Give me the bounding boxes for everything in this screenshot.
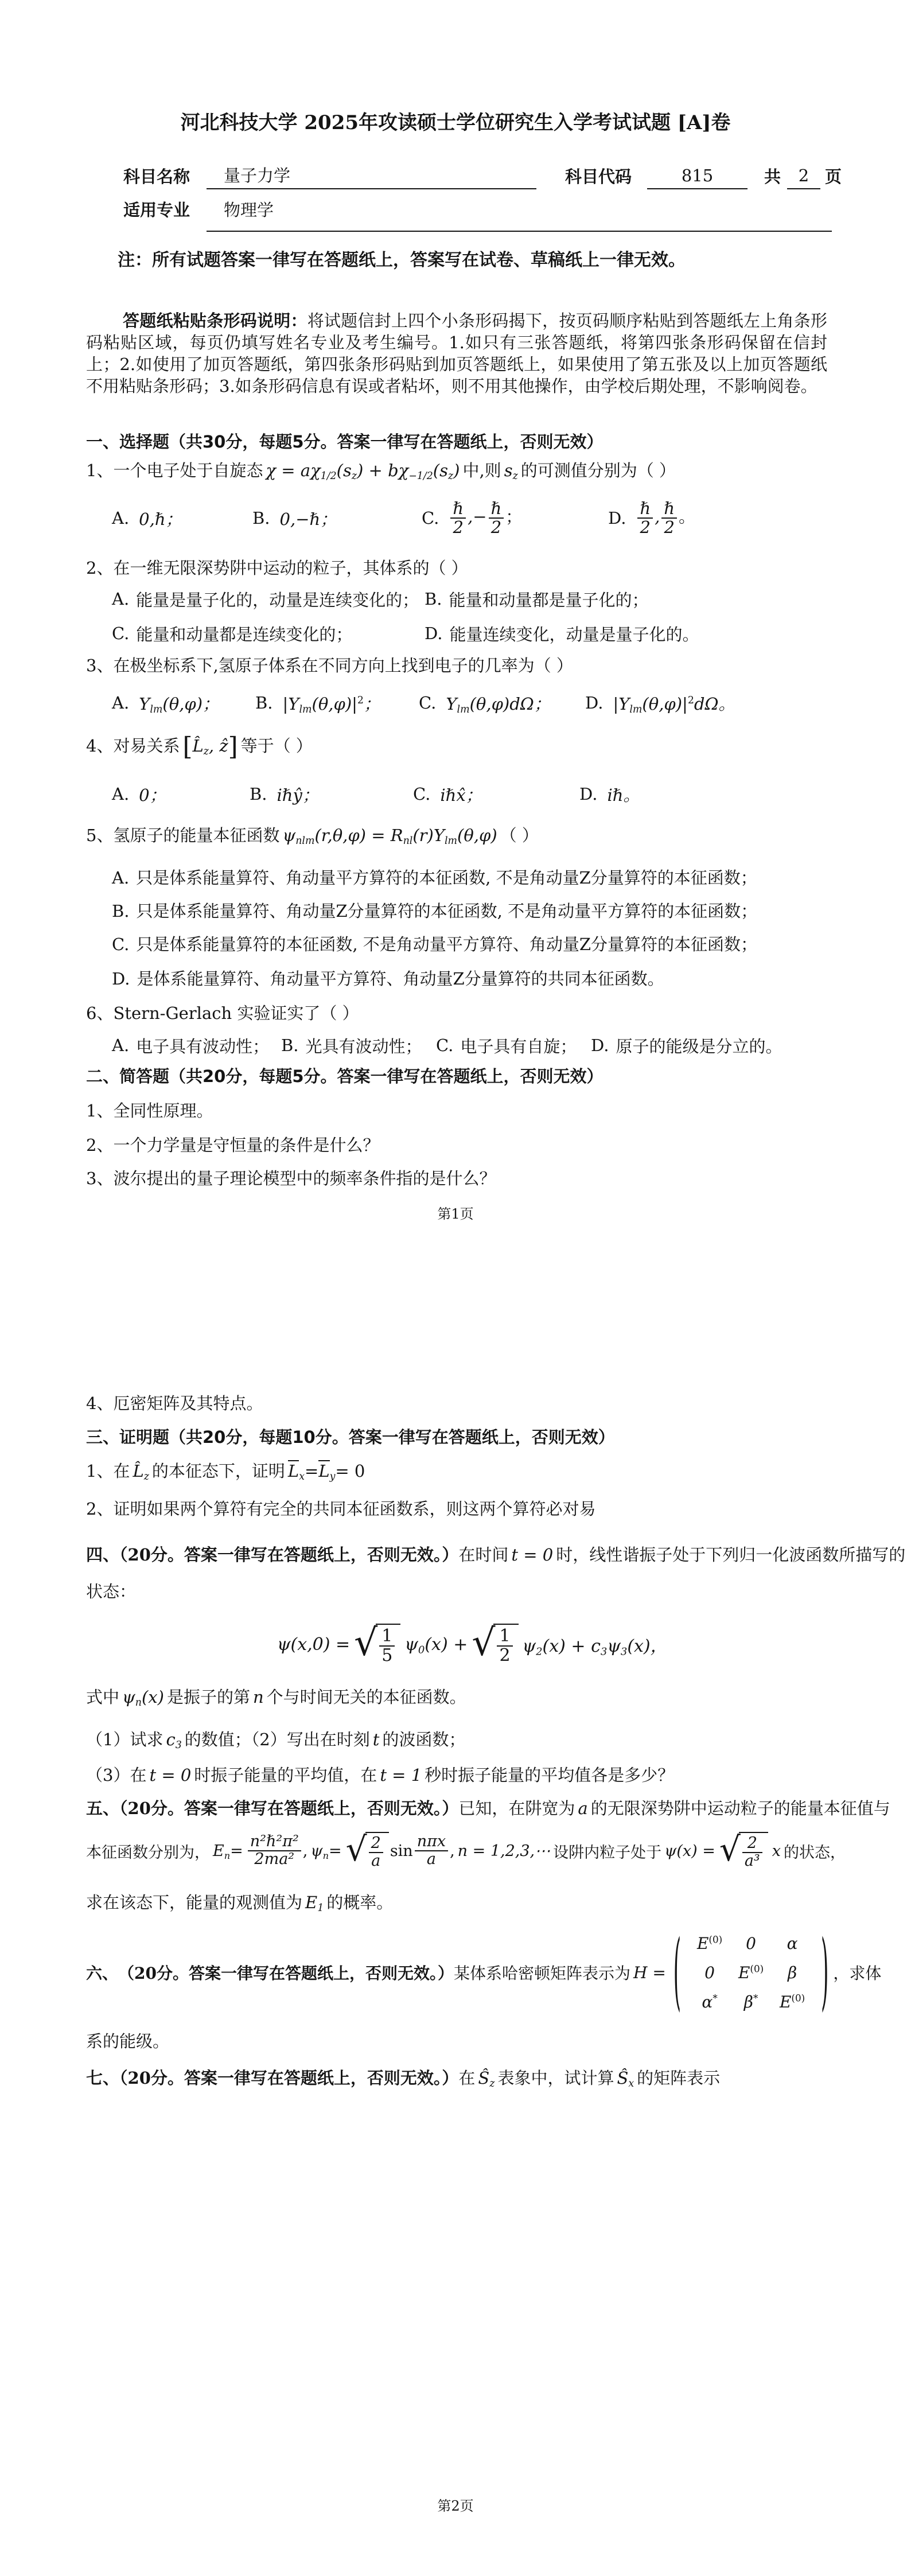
section2-item-4: 4、厄密矩阵及其特点。 [86, 1393, 263, 1414]
q4-lz-sub: z [204, 746, 209, 757]
q1-option-a-label: A. [112, 508, 129, 528]
s5-psin-symbol: ψn= [310, 1842, 341, 1860]
q1-option-c-value: ℏ2,−ℏ2； [449, 500, 522, 536]
s6-cell-11: E(0) [689, 1934, 730, 1953]
s5-t5: 的状态， [784, 1840, 846, 1862]
question-2-options-cd: C.能量和动量都是连续变化的； D.能量连续变化，动量是量子化的。 [0, 621, 911, 646]
section4-subq-3: （3）在t = 0时振子能量的平均值，在t = 1秒时振子能量的平均值各是多少？ [86, 1765, 674, 1786]
q4-option-c-label: C. [413, 784, 430, 804]
s6-points: （20分。 [118, 1961, 189, 1984]
q1-mid-text: 中,则 [462, 461, 501, 480]
s3p1-lx-sub: x [299, 1471, 305, 1482]
s4f-frac-2: 12 [497, 1627, 512, 1665]
s3p1-lx-base: L [288, 1461, 299, 1481]
section5-formula-line: 本征函数分别为， En= n²ℏ²π²2ma² , ψn= √2a sin nπ… [86, 1824, 846, 1877]
section4-intro: 四、（20分。答案一律写在答题纸上，否则无效。）在时间t = 0时，线性谐振子处… [86, 1544, 905, 1566]
s3p1-eq: = [305, 1461, 318, 1481]
section2-item-1: 1、全同性原理。 [86, 1100, 213, 1122]
q3-b-sup: 2 [357, 695, 364, 706]
q6-option-c-label: C. [436, 1036, 453, 1055]
q3-a-sub: lm [150, 704, 162, 715]
s4q1-t-var: t [373, 1730, 380, 1749]
s4f-sqrt-2: √12 [472, 1624, 518, 1665]
q1-sz-base: s [504, 461, 513, 480]
s6-c11-base: E [697, 1934, 708, 1953]
q2-option-b-value: 能量和动量都是量子化的； [449, 587, 649, 611]
s5-psin-base: ψ [310, 1842, 322, 1860]
q2-option-a-value: 能量是量子化的，动量是连续变化的； [136, 587, 419, 611]
s6-c22-base: E [738, 1963, 750, 1982]
q1-f-2: (s [337, 461, 352, 480]
s6-matrix-right-paren: ) [821, 1931, 828, 2014]
q3-d-4: dΩ。 [694, 694, 735, 714]
s5-n-sequence: n = 1,2,3,⋯ [458, 1842, 550, 1860]
q1-d-f2-den: 2 [661, 517, 677, 536]
s5-warning: 答案一律写在答题纸上，否则无效。） [184, 1799, 459, 1818]
s5-sqrt-2: √2a³ [719, 1832, 768, 1869]
q1-option-b: B.0,−ℏ； [252, 492, 340, 544]
s3p1-t2: 的本征态下，证明 [152, 1461, 285, 1481]
q1-option-c-label: C. [422, 508, 439, 528]
q1-c-f2-num: ℏ [489, 500, 504, 517]
q1-c-fraction-2: ℏ2 [489, 500, 504, 536]
s4f-psi2-sub: 2 [536, 1645, 542, 1657]
q1-pre-text: 一个电子处于自旋态 [113, 461, 263, 480]
q5-pre-text: 氢原子的能量本征函数 [113, 826, 279, 845]
q1-f-sub1: 1/2 [321, 470, 337, 482]
q4-option-d-label: D. [579, 784, 597, 804]
q6-option-c: C.电子具有自旋； [436, 1033, 577, 1058]
s6-cell-21: 0 [689, 1963, 730, 1982]
q5-option-b-label: B. [112, 901, 130, 921]
q3-b-2: (θ,φ)| [312, 694, 357, 714]
s5-sqrt-fraction: 2a [369, 1835, 383, 1869]
s6-cell-31: α* [689, 1993, 730, 2011]
q1-d-f2-num: ℏ [661, 500, 677, 517]
q4-commutator-formula: [L̂z, ẑ] [182, 736, 238, 756]
s4q1-c3-base: c [166, 1730, 175, 1749]
s4f-radical-2: √ [472, 1628, 495, 1659]
q6-number: 6、 [86, 1003, 113, 1023]
s6-matrix-grid: E(0) 0 α 0 E(0) β α* β* E(0) [689, 1934, 813, 2011]
q2-option-b-label: B. [425, 589, 442, 609]
s5-t1: 已知，在阱宽为 [458, 1799, 575, 1818]
s7-t2: 表象中，试计算 [497, 2068, 614, 2088]
barcode-instructions: 答题纸粘贴条形码说明：将试题信封上四个小条形码揭下，按页码顺序粘贴到答题纸左上角… [86, 310, 827, 397]
s4f-sqrt-1: √15 [354, 1624, 400, 1665]
s3p1-lx-overline: L [288, 1460, 299, 1480]
question-4-stem: 4、对易关系[L̂z, ẑ]等于（ ） [86, 736, 313, 758]
section4-subq-1-2: （1）试求c3的数值；（2）写出在时刻t的波函数； [86, 1729, 465, 1750]
s7-sz-sub: z [489, 2078, 495, 2089]
s6-cell-32: β* [730, 1993, 772, 2011]
q5-option-b-value: 只是体系能量算符、角动量Z分量算符的本征函数, 不是角动量平方算符的本征函数； [137, 901, 758, 921]
s5-e1-sub: 1 [317, 1902, 324, 1914]
s4f-psi2-base: ψ [523, 1636, 536, 1656]
s4q3-a: （3）在 [86, 1765, 146, 1785]
q3-option-c-label: C. [419, 693, 436, 713]
section2-heading: 二、简答题（共20分，每题5分。答案一律写在答题纸上，否则无效） [86, 1066, 604, 1087]
section6-line: 六、（20分。答案一律写在答题纸上，否则无效。）某体系哈密顿矩阵表示为 H = … [86, 1921, 881, 2024]
q1-option-a: A.0,ℏ； [112, 492, 185, 544]
q1-number: 1、 [86, 461, 113, 480]
s4q1-c: 的波函数； [382, 1730, 465, 1749]
s4f-psi3-base: ψ [607, 1636, 621, 1656]
s4-warning: 答案一律写在答题纸上，否则无效。） [184, 1545, 459, 1565]
q5-option-d-value: 是体系能量算符、角动量平方算符、角动量Z分量算符的共同本征函数。 [137, 969, 664, 989]
q6-option-c-value: 电子具有自旋； [460, 1034, 577, 1057]
s4f-f1-den: 5 [379, 1645, 395, 1665]
q4-pre-text: 对易关系 [113, 736, 180, 756]
q1-d-sep: , [655, 507, 660, 527]
s5-sinf-den: a [415, 1850, 448, 1868]
answer-sheet-note: 注：所有试题答案一律写在答题纸上，答案写在试卷、草稿纸上一律无效。 [118, 246, 686, 271]
s6-warning: 答案一律写在答题纸上，否则无效。） [189, 1961, 454, 1984]
s4q3-c: 秒时振子能量的平均值各是多少？ [425, 1765, 674, 1785]
q4-option-b-value: iℏŷ； [277, 783, 319, 806]
s6-c31-base: α [702, 1993, 713, 2011]
total-pages-label: 共 [764, 166, 781, 188]
s4q3-b: 时振子能量的平均值，在 [194, 1765, 377, 1785]
q5-f-0: ψ [282, 826, 295, 845]
q2-option-a-label: A. [112, 589, 129, 609]
major-underline [207, 231, 832, 232]
section4-explanation: 式中ψn(x)是振子的第n个与时间无关的本征函数。 [86, 1687, 466, 1708]
q1-c-f2-den: 2 [489, 517, 504, 536]
s3p1-ly-overline: L [318, 1460, 329, 1480]
q1-option-d: D.ℏ2,ℏ2。 [608, 492, 698, 544]
s3p1-mean-lx: Lx=Ly= 0 [288, 1461, 365, 1481]
section4-state-label: 状态： [86, 1581, 136, 1602]
s6-matrix-left-paren: ( [673, 1931, 681, 2014]
q5-option-c: C.只是体系能量算符的本征函数, 不是角动量平方算符、角动量Z分量算符的本征函数… [112, 934, 757, 955]
s4f-psi0: ψ0(x) + [404, 1635, 468, 1655]
page1-footer: 第1页 [0, 1203, 911, 1223]
s4f-psi3-arg: (x)， [627, 1636, 667, 1656]
q5-eigenfunction-formula: ψnlm(r,θ,φ) = Rnl(r)Ylm(θ,φ) [282, 826, 497, 845]
s3p1-number: 1、 [86, 1461, 113, 1481]
s5-sf-num: 2 [369, 1835, 383, 1852]
s6-c31-sup: * [713, 1992, 717, 2003]
q3-option-a: A.Ylm(θ,φ)； [112, 684, 222, 722]
section5-intro: 五、（20分。答案一律写在答题纸上，否则无效。）已知，在阱宽为a的无限深势阱中运… [86, 1798, 890, 1819]
s7-sx-base: Ŝ [617, 2068, 628, 2088]
section4-wavefunction-formula: ψ(x,0) = √15 ψ0(x) + √12 ψ2(x) + c3ψ3(x)… [274, 1617, 671, 1672]
s5-comma2: , [450, 1842, 455, 1860]
s5-psin-sub: n [323, 1850, 329, 1861]
q4-number: 4、 [86, 736, 113, 756]
q1-f-0: χ = aχ [266, 461, 320, 480]
s4f-lhs: ψ(x,0) = [277, 1635, 350, 1655]
q1-c-end: ； [505, 507, 522, 527]
q1-f-sub2: z [352, 470, 357, 482]
q3-b-sub: lm [299, 704, 312, 715]
major-value: 物理学 [224, 200, 274, 221]
q3-a-2: (θ,φ)； [162, 694, 219, 714]
s6-cell-12: 0 [730, 1934, 772, 1953]
q1-sz-symbol: sz [504, 461, 518, 480]
s5-psix: ψ(x) = [664, 1842, 715, 1860]
q2-number: 2、 [86, 558, 113, 578]
s4q1-c3: c3 [166, 1730, 181, 1749]
question-4-options: A.0； B.iℏŷ； C.iℏx̂； D.iℏ。 [0, 781, 911, 807]
question-3-stem: 3、在极坐标系下,氢原子体系在不同方向上找到电子的几率为（ ） [86, 655, 573, 676]
q1-d-fraction-2: ℏ2 [661, 500, 677, 536]
exam-paper-page: 河北科技大学 2025年攻读硕士学位研究生入学考试试题 [A]卷 科目名称 量子… [0, 0, 911, 2576]
q1-f-6: (s [433, 461, 448, 480]
q2-option-d-value: 能量连续变化，动量是量子化的。 [449, 622, 699, 645]
s4f-f1-num: 1 [379, 1627, 395, 1645]
q3-option-c: C.Ylm(θ,φ)dΩ； [419, 684, 554, 722]
s5-sin-fraction: nπxa [415, 1834, 448, 1867]
section3-proof-1: 1、在L̂z的本征态下，证明Lx=Ly= 0 [86, 1460, 368, 1482]
q1-d-f1-num: ℏ [637, 500, 653, 517]
s5-radical-2: √ [719, 1835, 741, 1863]
q5-number: 5、 [86, 826, 113, 845]
s4-t0-formula: t = 0 [511, 1545, 553, 1565]
q6-option-b-value: 光具有波动性； [306, 1034, 422, 1057]
q1-c-f1-den: 2 [450, 517, 466, 536]
s5-comma1: , [303, 1842, 308, 1860]
s5-t7: 的概率。 [326, 1893, 393, 1912]
s5-sqrt2-body: 2a³ [739, 1832, 768, 1869]
s5-eq2: = [329, 1842, 342, 1860]
q1-d-fraction-1: ℏ2 [637, 500, 653, 536]
s5-t2: 的无限深势阱中运动粒子的能量本征值与 [591, 1799, 890, 1818]
q3-option-d-value: |Ylm(θ,φ)|2dΩ。 [613, 691, 735, 715]
section3-heading: 三、证明题（共20分，每题10分。答案一律写在答题纸上，否则无效） [86, 1427, 615, 1448]
q1-c-sep: ,− [468, 507, 487, 527]
q3-c-0: Y [446, 694, 457, 714]
q3-b-4: ； [364, 694, 380, 714]
s5-energy-fraction: n²ℏ²π²2ma² [248, 1834, 301, 1867]
q6-option-d-label: D. [591, 1036, 609, 1055]
q1-option-b-value: 0,−ℏ； [280, 507, 337, 530]
s4q1-c3-sub: 3 [176, 1740, 182, 1751]
s5-t3: 本征函数分别为， [86, 1840, 210, 1862]
s4f-psi0-base: ψ [404, 1635, 418, 1655]
q6-option-b: B.光具有波动性； [281, 1033, 422, 1058]
q3-d-sup: 2 [688, 695, 694, 706]
q5-f-sub2: nl [403, 835, 413, 847]
s5-sqrt: √2a [346, 1832, 389, 1869]
q1-option-b-label: B. [252, 508, 270, 528]
s4-t1: 在时间 [458, 1545, 508, 1565]
s7-number: 七、 [86, 2068, 119, 2088]
q5-f-4: (r)Y [412, 826, 445, 845]
s6-c33-sup: (0) [791, 1992, 805, 2003]
q3-number: 3、 [86, 656, 113, 675]
barcode-instructions-lead: 答题纸粘贴条形码说明： [123, 311, 307, 330]
subject-name-label: 科目名称 [123, 166, 190, 188]
q2-option-c-label: C. [112, 624, 129, 643]
s6-c32-sup: * [753, 1992, 758, 2003]
q3-option-a-label: A. [112, 693, 129, 713]
s3p1-lz-sub: z [144, 1471, 149, 1482]
q4-option-b-label: B. [250, 784, 267, 804]
q1-f-4: ) + bχ [357, 461, 408, 480]
q4-option-d-value: iℏ。 [607, 783, 640, 806]
s5-ef-den: 2ma² [248, 1850, 301, 1868]
s4f-f2-den: 2 [497, 1645, 512, 1665]
s6-cell-23: β [772, 1963, 813, 1982]
q4-option-a-label: A. [112, 784, 129, 804]
q5-f-6: (θ,φ) [457, 826, 497, 845]
q5-option-b: B.只是体系能量算符、角动量Z分量算符的本征函数, 不是角动量平方算符的本征函数… [112, 901, 757, 922]
s5-a-var: a [578, 1799, 587, 1818]
s3p1-t1: 在 [113, 1461, 130, 1481]
q5-option-a: A.只是体系能量算符、角动量平方算符的本征函数, 不是角动量Z分量算符的本征函数… [112, 867, 757, 889]
q1-c-fraction-1: ℏ2 [450, 500, 466, 536]
section5-question: 求在该态下，能量的观测值为E1的概率。 [86, 1892, 393, 1913]
q5-option-c-value: 只是体系能量算符的本征函数, 不是角动量平方算符、角动量Z分量算符的本征函数； [136, 935, 757, 954]
s4f-radical-1: √ [354, 1628, 377, 1659]
s7-warning: 答案一律写在答题纸上，否则无效。） [184, 2068, 459, 2088]
s3p1-ly-base: L [318, 1461, 329, 1481]
q1-option-a-value: 0,ℏ； [139, 507, 182, 530]
q1-sz-sub: z [513, 470, 518, 482]
q3-option-a-value: Ylm(θ,φ)； [139, 691, 219, 715]
page2-footer: 第2页 [0, 2495, 911, 2515]
s4e-n-var: n [253, 1687, 264, 1707]
s5-en-base: E [213, 1842, 224, 1860]
major-label: 适用专业 [123, 200, 190, 221]
q3-option-b: B.|Ylm(θ,φ)|2； [255, 684, 383, 722]
s5-sf-den: a [369, 1852, 383, 1870]
q3-a-0: Y [139, 694, 150, 714]
s4f-psi2: ψ2(x) + c3ψ3(x)， [523, 1632, 668, 1657]
s5-sinf-num: nπx [415, 1834, 448, 1850]
q1-option-c: C.ℏ2,−ℏ2； [422, 492, 525, 544]
s4f-psi3-sub: 3 [621, 1645, 627, 1657]
s4f-sqrt2-body: 12 [493, 1624, 518, 1665]
s4q1-a: （1）试求 [86, 1730, 163, 1749]
s3p1-lz-base: L̂ [133, 1461, 143, 1481]
q1-option-d-label: D. [608, 508, 626, 528]
s5-en-symbol: En= [213, 1842, 243, 1860]
q5-post-text: （ ） [500, 826, 539, 845]
s6-h-equals: H = [633, 1963, 666, 1982]
q3-c-sub: lm [457, 704, 470, 715]
s5-radical: √ [346, 1835, 367, 1863]
q2-option-c-value: 能量和动量都是连续变化的； [136, 622, 352, 645]
q6-option-d: D.原子的能级是分立的。 [591, 1033, 782, 1058]
q5-option-a-value: 只是体系能量算符、角动量平方算符的本征函数, 不是角动量Z分量算符的本征函数； [136, 868, 757, 888]
s3p1-eq2: = 0 [335, 1461, 365, 1481]
s5-sqrt-body: 2a [365, 1832, 389, 1869]
s7-sx-sub: x [628, 2078, 634, 2089]
s3p1-ly-sub: y [330, 1471, 336, 1482]
q5-f-2: (r,θ,φ) = R [314, 826, 403, 845]
q4-lz-base: L̂ [192, 736, 203, 756]
q6-option-a-value: 电子具有波动性； [136, 1034, 269, 1057]
question-1-stem: 1、一个电子处于自旋态χ = aχ1/2(sz) + bχ−1/2(sz)中,则… [86, 460, 676, 481]
s4f-c3-sub: 3 [601, 1645, 607, 1657]
s4e-psin-base: ψ [122, 1687, 135, 1707]
total-pages-value: 2 [787, 165, 820, 189]
s5-points: （20分。 [119, 1799, 184, 1818]
subject-code-label: 科目代码 [565, 166, 632, 188]
s6-t1: 某体系哈密顿矩阵表示为 [454, 1961, 630, 1984]
s4q1-b: 的数值；（2）写出在时刻 [185, 1730, 370, 1749]
question-6-stem: 6、Stern-Gerlach 实验证实了（ ） [86, 1003, 359, 1024]
s4f-frac-1: 15 [379, 1627, 395, 1665]
question-5-stem: 5、氢原子的能量本征函数ψnlm(r,θ,φ) = Rnl(r)Ylm(θ,φ)… [86, 825, 539, 846]
q1-d-f1-den: 2 [637, 517, 653, 536]
question-2-options-ab: A.能量是量子化的，动量是连续变化的； B.能量和动量都是量子化的； [0, 586, 911, 612]
s7-sz-operator: Ŝz [478, 2068, 495, 2088]
q6-option-a: A.电子具有波动性； [112, 1033, 269, 1058]
question-6-options: A.电子具有波动性； B.光具有波动性； C.电子具有自旋； D.原子的能级是分… [0, 1033, 911, 1058]
s6-hamiltonian-matrix: ( E(0) 0 α 0 E(0) β α* β* E(0) ) [673, 1934, 829, 2011]
s4q3-t1: t = 1 [380, 1765, 422, 1785]
q4-option-a: A.0； [112, 781, 169, 807]
s6-cell-22: E(0) [730, 1963, 772, 1982]
q3-option-d: D.|Ylm(θ,φ)|2dΩ。 [585, 684, 738, 722]
s6-t2: ，求体 [833, 1961, 881, 1984]
q3-text: 在极坐标系下,氢原子体系在不同方向上找到电子的几率为（ ） [113, 656, 573, 675]
s4f-f2-num: 1 [497, 1627, 512, 1645]
q1-post-text: 的可测值分别为（ ） [521, 461, 676, 480]
q5-option-d-label: D. [112, 969, 130, 989]
page-unit-label: 页 [825, 166, 842, 188]
q3-c-2: (θ,φ)dΩ； [470, 694, 551, 714]
exam-title: 河北科技大学 2025年攻读硕士学位研究生入学考试试题 [A]卷 [0, 107, 911, 135]
subject-name-value: 量子力学 [207, 165, 536, 189]
s7-sz-base: Ŝ [478, 2068, 489, 2088]
q1-d-end: 。 [679, 507, 695, 527]
s4f-psi2-arg: (x) + c [543, 1636, 601, 1656]
s7-sx-operator: Ŝx [617, 2068, 634, 2088]
s5-s2f-num: 2 [742, 1835, 762, 1852]
q1-c-f1-num: ℏ [450, 500, 466, 517]
s6-c33-base: E [780, 1993, 791, 2011]
q2-option-a: A.能量是量子化的，动量是连续变化的； [112, 586, 419, 612]
q6-option-d-value: 原子的能级是分立的。 [616, 1034, 782, 1057]
q5-f-sub3: lm [445, 835, 457, 847]
s4e-t1: 式中 [86, 1687, 119, 1707]
q6-option-a-label: A. [112, 1036, 129, 1055]
s5-e1-base: E [305, 1893, 317, 1912]
s5-t6: 求在该态下，能量的观测值为 [86, 1893, 302, 1912]
section2-item-3: 3、波尔提出的量子理论模型中的频率条件指的是什么？ [86, 1168, 496, 1189]
s5-e1-symbol: E1 [305, 1893, 324, 1912]
q4-option-c: C.iℏx̂； [413, 781, 485, 807]
q4-option-d: D.iℏ。 [579, 781, 643, 807]
q3-option-b-value: |Ylm(θ,φ)|2； [283, 691, 380, 715]
s6-c32-base: β [744, 1993, 753, 2011]
s5-en-sub: n [224, 1850, 230, 1861]
q4-right-bracket: ] [228, 733, 238, 761]
q3-d-2: (θ,φ)| [642, 694, 687, 714]
subject-code-value: 815 [647, 165, 748, 189]
q2-option-d-label: D. [425, 624, 442, 643]
q5-option-a-label: A. [112, 868, 129, 888]
question-3-options: A.Ylm(θ,φ)； B.|Ylm(θ,φ)|2； C.Ylm(θ,φ)dΩ；… [0, 684, 911, 722]
s5-number: 五、 [86, 1799, 119, 1818]
section3-proof-2: 2、证明如果两个算符有完全的共同本征函数系，则这两个算符必对易 [86, 1499, 595, 1520]
q4-option-a-value: 0； [139, 783, 166, 806]
section7-line: 七、（20分。答案一律写在答题纸上，否则无效。）在Ŝz表象中，试计算Ŝx的矩阵表… [86, 2068, 720, 2089]
s4q3-t0: t = 0 [149, 1765, 191, 1785]
q6-text: Stern-Gerlach 实验证实了（ ） [113, 1003, 359, 1023]
s6-c11-sup: (0) [708, 1933, 722, 1945]
s4f-psi0-sub: 0 [418, 1644, 425, 1656]
q4-left-bracket: [ [182, 733, 192, 761]
q3-option-d-label: D. [585, 693, 603, 713]
q5-f-sub1: nlm [295, 835, 314, 847]
s6-c22-sup: (0) [750, 1963, 764, 1974]
